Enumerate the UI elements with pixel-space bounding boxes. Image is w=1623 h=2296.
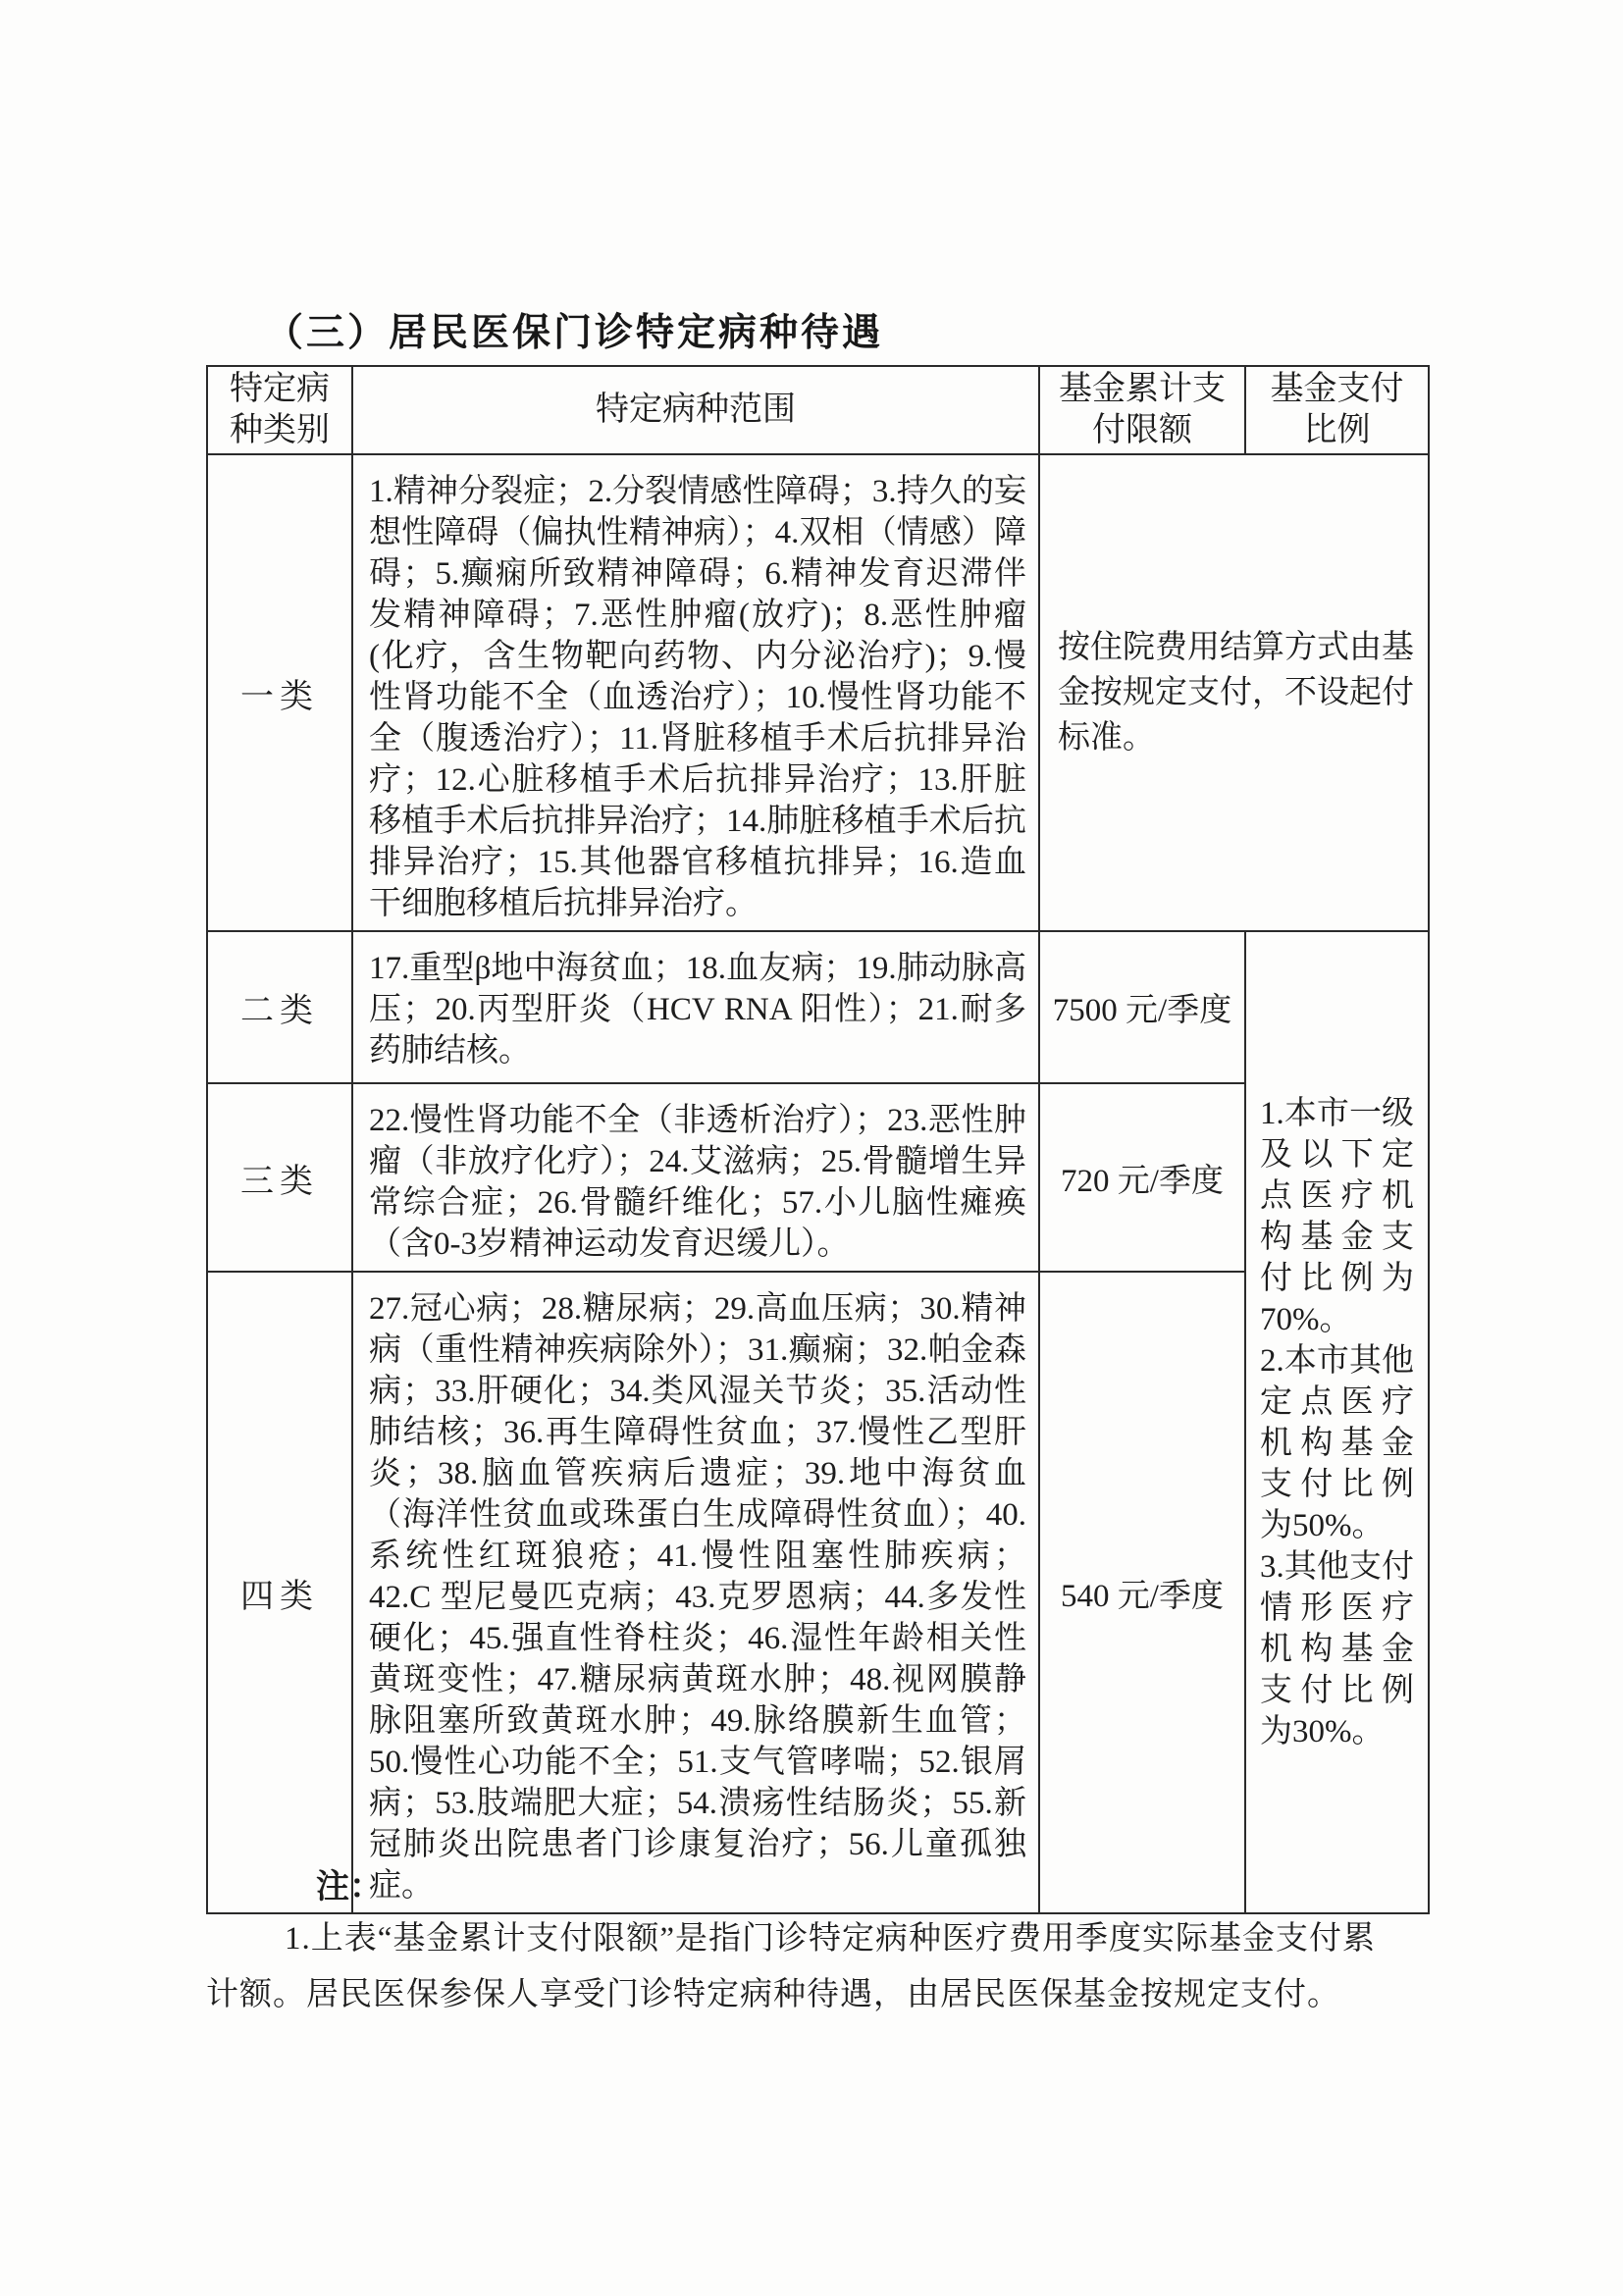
header-category: 特定病 种类别 <box>207 366 352 454</box>
ratio-cell: 1.本市一级及以下定点医疗机构基金支付比例为70%。 2.本市其他定点医疗机构基… <box>1245 931 1429 1913</box>
category-cell: 二类 <box>207 931 352 1083</box>
limit-cell: 540 元/季度 <box>1039 1272 1245 1913</box>
category-cell: 一类 <box>207 454 352 931</box>
limit-cell: 720 元/季度 <box>1039 1083 1245 1272</box>
table-row-class1: 一类 1.精神分裂症；2.分裂情感性障碍；3.持久的妄想性障碍（偏执性精神病）；… <box>207 454 1429 931</box>
benefits-table: 特定病 种类别 特定病种范围 基金累计支 付限额 基金支付 比例 一类 1.精神… <box>206 365 1430 1914</box>
notes-label: 注： <box>316 1866 1452 1908</box>
limit-cell: 按住院费用结算方式由基金按规定支付，不设起付标准。 <box>1039 454 1429 931</box>
note-line: 计额。居民医保参保人享受门诊特定病种待遇，由居民医保基金按规定支付。 <box>206 1974 1452 2016</box>
page-title: （三）居民医保门诊特定病种待遇 <box>265 302 883 357</box>
category-cell: 四类 <box>207 1272 352 1913</box>
ratio-item: 2.本市其他定点医疗机构基金支付比例为50%。 <box>1260 1340 1414 1546</box>
scope-cell: 1.精神分裂症；2.分裂情感性障碍；3.持久的妄想性障碍（偏执性精神病）；4.双… <box>352 454 1039 931</box>
limit-cell: 7500 元/季度 <box>1039 931 1245 1083</box>
category-cell: 三类 <box>207 1083 352 1272</box>
notes-section: 注： 1.上表“基金累计支付限额”是指门诊特定病种医疗费用季度实际基金支付累 计… <box>206 1866 1452 2016</box>
note-line: 1.上表“基金累计支付限额”是指门诊特定病种医疗费用季度实际基金支付累 <box>285 1918 1452 1960</box>
document-page: （三）居民医保门诊特定病种待遇 特定病 种类别 特定病种范围 基金累计支 付限额… <box>0 0 1623 2296</box>
ratio-item: 1.本市一级及以下定点医疗机构基金支付比例为70%。 <box>1260 1093 1414 1340</box>
scope-cell: 27.冠心病；28.糖尿病；29.高血压病；30.精神病（重性精神疾病除外）；3… <box>352 1272 1039 1913</box>
table-header-row: 特定病 种类别 特定病种范围 基金累计支 付限额 基金支付 比例 <box>207 366 1429 454</box>
ratio-item: 3.其他支付情形医疗机构基金支付比例为30%。 <box>1260 1546 1414 1752</box>
header-scope: 特定病种范围 <box>352 366 1039 454</box>
scope-cell: 17.重型β地中海贫血；18.血友病；19.肺动脉高压；20.丙型肝炎（HCV … <box>352 931 1039 1083</box>
table-row-class2: 二类 17.重型β地中海贫血；18.血友病；19.肺动脉高压；20.丙型肝炎（H… <box>207 931 1429 1083</box>
header-limit: 基金累计支 付限额 <box>1039 366 1245 454</box>
header-ratio: 基金支付 比例 <box>1245 366 1429 454</box>
scope-cell: 22.慢性肾功能不全（非透析治疗）；23.恶性肿瘤（非放疗化疗）；24.艾滋病；… <box>352 1083 1039 1272</box>
